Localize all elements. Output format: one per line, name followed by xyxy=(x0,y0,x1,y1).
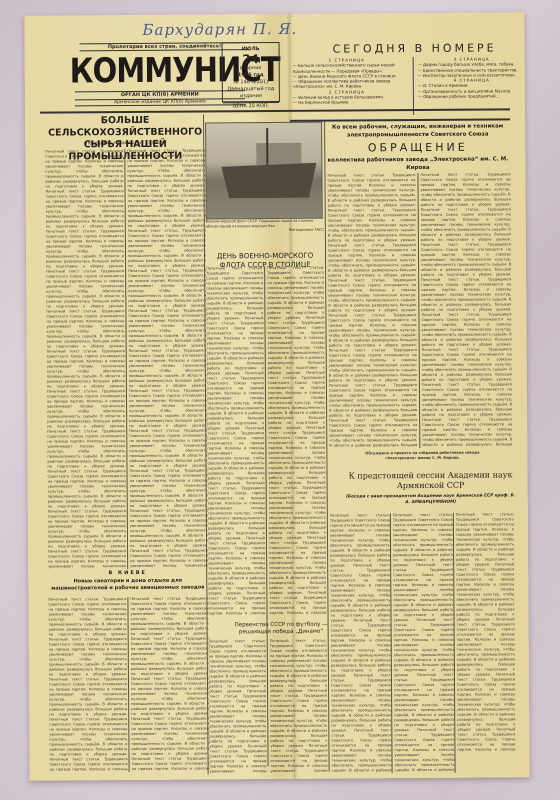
photo-caption: Военно-морской флот СССР. Подводная лодк… xyxy=(206,219,324,234)
article-body-text: Печатный текст статьи. Трудящиеся Советс… xyxy=(420,172,512,448)
article-body-text: Печатный текст статьи. Трудящиеся Советс… xyxy=(45,149,126,570)
appeal-title: ОБРАЩЕНИЕ xyxy=(325,140,510,154)
column-divider xyxy=(127,597,129,772)
article-body-text: Печатный текст статьи. Трудящиеся Советс… xyxy=(456,512,516,752)
article-body-text: Печатный текст статьи. Трудящиеся Советс… xyxy=(209,639,267,774)
appeal-intro: Ко всем рабочим, служащим, инженерам и т… xyxy=(325,122,510,139)
ship-mast xyxy=(266,128,268,168)
kiev-section: В КИЕВЕ xyxy=(50,570,205,577)
contents-rule xyxy=(290,118,510,122)
navy-ship-photo xyxy=(205,122,323,220)
contents-left: 1 СТРАНИЦА— Больше сельскохозяйственного… xyxy=(293,57,401,105)
kiev-headline: Новые санатории и дома отдыха для машино… xyxy=(50,578,205,593)
contents-item: — Больше сельскохозяйственного сырья наш… xyxy=(293,62,401,73)
article-body-text: Печатный текст статьи. Трудящиеся Советс… xyxy=(206,266,265,616)
publication-year-note: Двенадцатый год издания xyxy=(223,86,279,100)
article-body-text: Печатный текст статьи. Трудящиеся Советс… xyxy=(270,639,328,774)
article-body-text: Печатный текст статьи. Трудящиеся Советс… xyxy=(267,266,326,616)
handwritten-note: Бархударян П. Я. xyxy=(142,20,297,39)
photo-credit: Фотохроника ТАСС xyxy=(206,228,324,233)
appeal-from: коллектива работников завода „Электросил… xyxy=(325,155,510,172)
article-body-text: Печатный текст статьи. Трудящиеся Советс… xyxy=(330,513,392,773)
date-box: ИЮЛЬ 24 вторник 1945 год № 146 (2201) Дв… xyxy=(222,42,280,102)
contents-item: — Обращение рабочих предприятий... xyxy=(418,93,526,99)
date-day: 24 xyxy=(223,53,279,65)
masthead-organ: ОРГАН ЦК КП(б) АРМЕНИИ xyxy=(75,90,245,98)
contents-item: — Обращение коллектива работников завода… xyxy=(293,78,401,89)
football-headline: Первенство СССР по футболу — решающая по… xyxy=(224,622,339,637)
masthead-armenian-line: Армянское издание ЦК КП(б) Армении xyxy=(75,98,245,106)
academy-headline: К предстоящей сессии Академии наук Армян… xyxy=(346,470,516,491)
contents-right: 3 СТРАНИЦА— Дадим городу больше хлеба, м… xyxy=(413,56,526,115)
newspaper-page: Бархударян П. Я. Пролетарии всех стран, … xyxy=(24,12,529,780)
article-body-text: Печатный текст статьи. Трудящиеся Советс… xyxy=(393,513,455,773)
text-columns: Печатный текст статьи. Трудящиеся Советс… xyxy=(24,12,524,15)
photo-caption-text: Военно-морской флот СССР. Подводная лодк… xyxy=(206,219,313,228)
academy-subtitle: (Беседа с вице-президентом Академии наук… xyxy=(346,492,516,504)
ship-hull xyxy=(221,163,316,199)
contents-title: СЕГОДНЯ В НОМЕРЕ xyxy=(310,41,520,55)
article-body-text: Печатный текст статьи. Трудящиеся Советс… xyxy=(327,173,417,449)
contents-item: — На Берлинской Крымии. xyxy=(293,100,401,106)
appeal-footnote: Обсуждено и принято на собрании работник… xyxy=(357,451,487,466)
article-body-text: Печатный текст статьи. Трудящиеся Советс… xyxy=(127,148,208,569)
article-body-text: Печатный текст статьи. Трудящиеся Советс… xyxy=(48,597,127,773)
article-body-text: Печатный текст статьи. Трудящиеся Советс… xyxy=(130,596,209,772)
ship-superstructure xyxy=(256,143,301,165)
